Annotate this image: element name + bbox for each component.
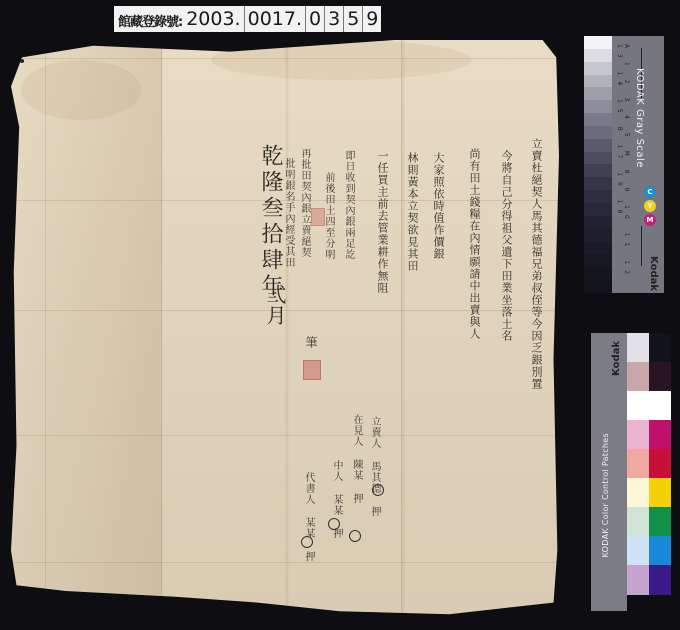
date-line: 乾隆叁拾肆年 [255,144,286,300]
fold-line [401,40,402,620]
accession-segment: 0017. [244,6,305,32]
signature-mark-circle [372,484,384,496]
signature-column: 代書人 某某 押 [301,472,316,562]
archive-accession-label: 館藏登錄號: 2003. 0017. 0 3 5 9 [114,6,381,32]
signature-column: 在見人 陳某 押 [349,414,364,504]
red-seal-stamp [311,208,325,226]
paper-hole [20,59,24,63]
contract-text-column: 立賣杜絕契人馬其德福兄弟叔侄等今因乏銀別置 [529,138,543,390]
accession-segment: 0 [305,6,324,32]
color-patch [649,333,671,362]
date-month: 弎月 [261,284,290,326]
color-patch [627,420,649,449]
color-patch [627,536,649,565]
kodak-color-control-card: Kodak KODAK Color Control Patches [591,333,671,611]
contract-note-column: 再批田契內銀立賣絕契 [297,148,312,258]
accession-segment: 9 [362,6,381,32]
signature-mark-circle [328,518,340,530]
fold-line [161,40,162,620]
accession-segment: 2003. [184,6,243,32]
contract-text-column: 大家照依時值作價銀 [431,152,445,260]
gray-scale-ticks: A 1 2 3 4 5 M 8 9 10 11 12 13 14 15 B 17… [616,44,630,293]
color-patch [627,507,649,536]
color-patch [627,391,671,420]
signature-column: 立賣人 馬其德 押 [367,416,382,517]
kodak-logo: Kodak [648,256,659,291]
red-seal-stamp [303,360,321,380]
paper-hole [18,593,22,597]
color-patch [649,507,671,536]
color-patch [627,362,649,391]
fold-line [11,562,559,563]
color-patch [649,565,671,595]
kodak-gray-scale-card: A 1 2 3 4 5 M 8 9 10 11 12 13 14 15 B 17… [584,36,664,293]
strip-line [641,226,642,266]
paper-stain [211,40,471,80]
contract-text-column: 尚有田土錢糧在內情願請中出賣與人 [467,148,481,340]
fold-line [45,40,46,620]
color-patch [627,333,649,362]
paper-hole [51,593,55,597]
gray-steps [584,36,612,293]
color-card-title: KODAK Color Control Patches [601,433,610,557]
document-paper: 立賣杜絕契人馬其德福兄弟叔侄等今因乏銀別置 今將自己分得祖父遺下田業坐落土名 尚… [11,40,559,620]
accession-segment: 5 [343,6,362,32]
color-patch [649,362,671,391]
contract-text-column: 今將自己分得祖父遺下田業坐落土名 [499,150,513,342]
accession-segment: 3 [324,6,343,32]
color-patch [627,449,649,478]
yellow-dot-icon: Y [644,200,656,212]
fold-line [11,435,559,436]
contract-text-column: 一任買主前去管業耕作無阻 [375,150,389,294]
contract-note-column: 即日收到契內銀兩足訖 [341,150,356,260]
kodak-logo: Kodak [611,341,622,376]
magenta-dot-icon: M [644,214,656,226]
signature-mark: 筆 [303,336,320,349]
color-patch [649,536,671,565]
signature-mark-circle [301,536,313,548]
cyan-dot-icon: C [644,186,656,198]
color-patch [649,478,671,507]
color-patch [649,449,671,478]
color-patch [627,478,649,507]
gray-scale-title: KODAK Gray Scale [634,68,645,168]
color-patch [649,420,671,449]
contract-text-column: 林則黃本立契欲見其田 [405,152,419,272]
paper-stain [21,60,141,120]
accession-prefix: 館藏登錄號: [114,6,184,32]
color-patch [627,565,649,595]
signature-mark-circle [349,530,361,542]
